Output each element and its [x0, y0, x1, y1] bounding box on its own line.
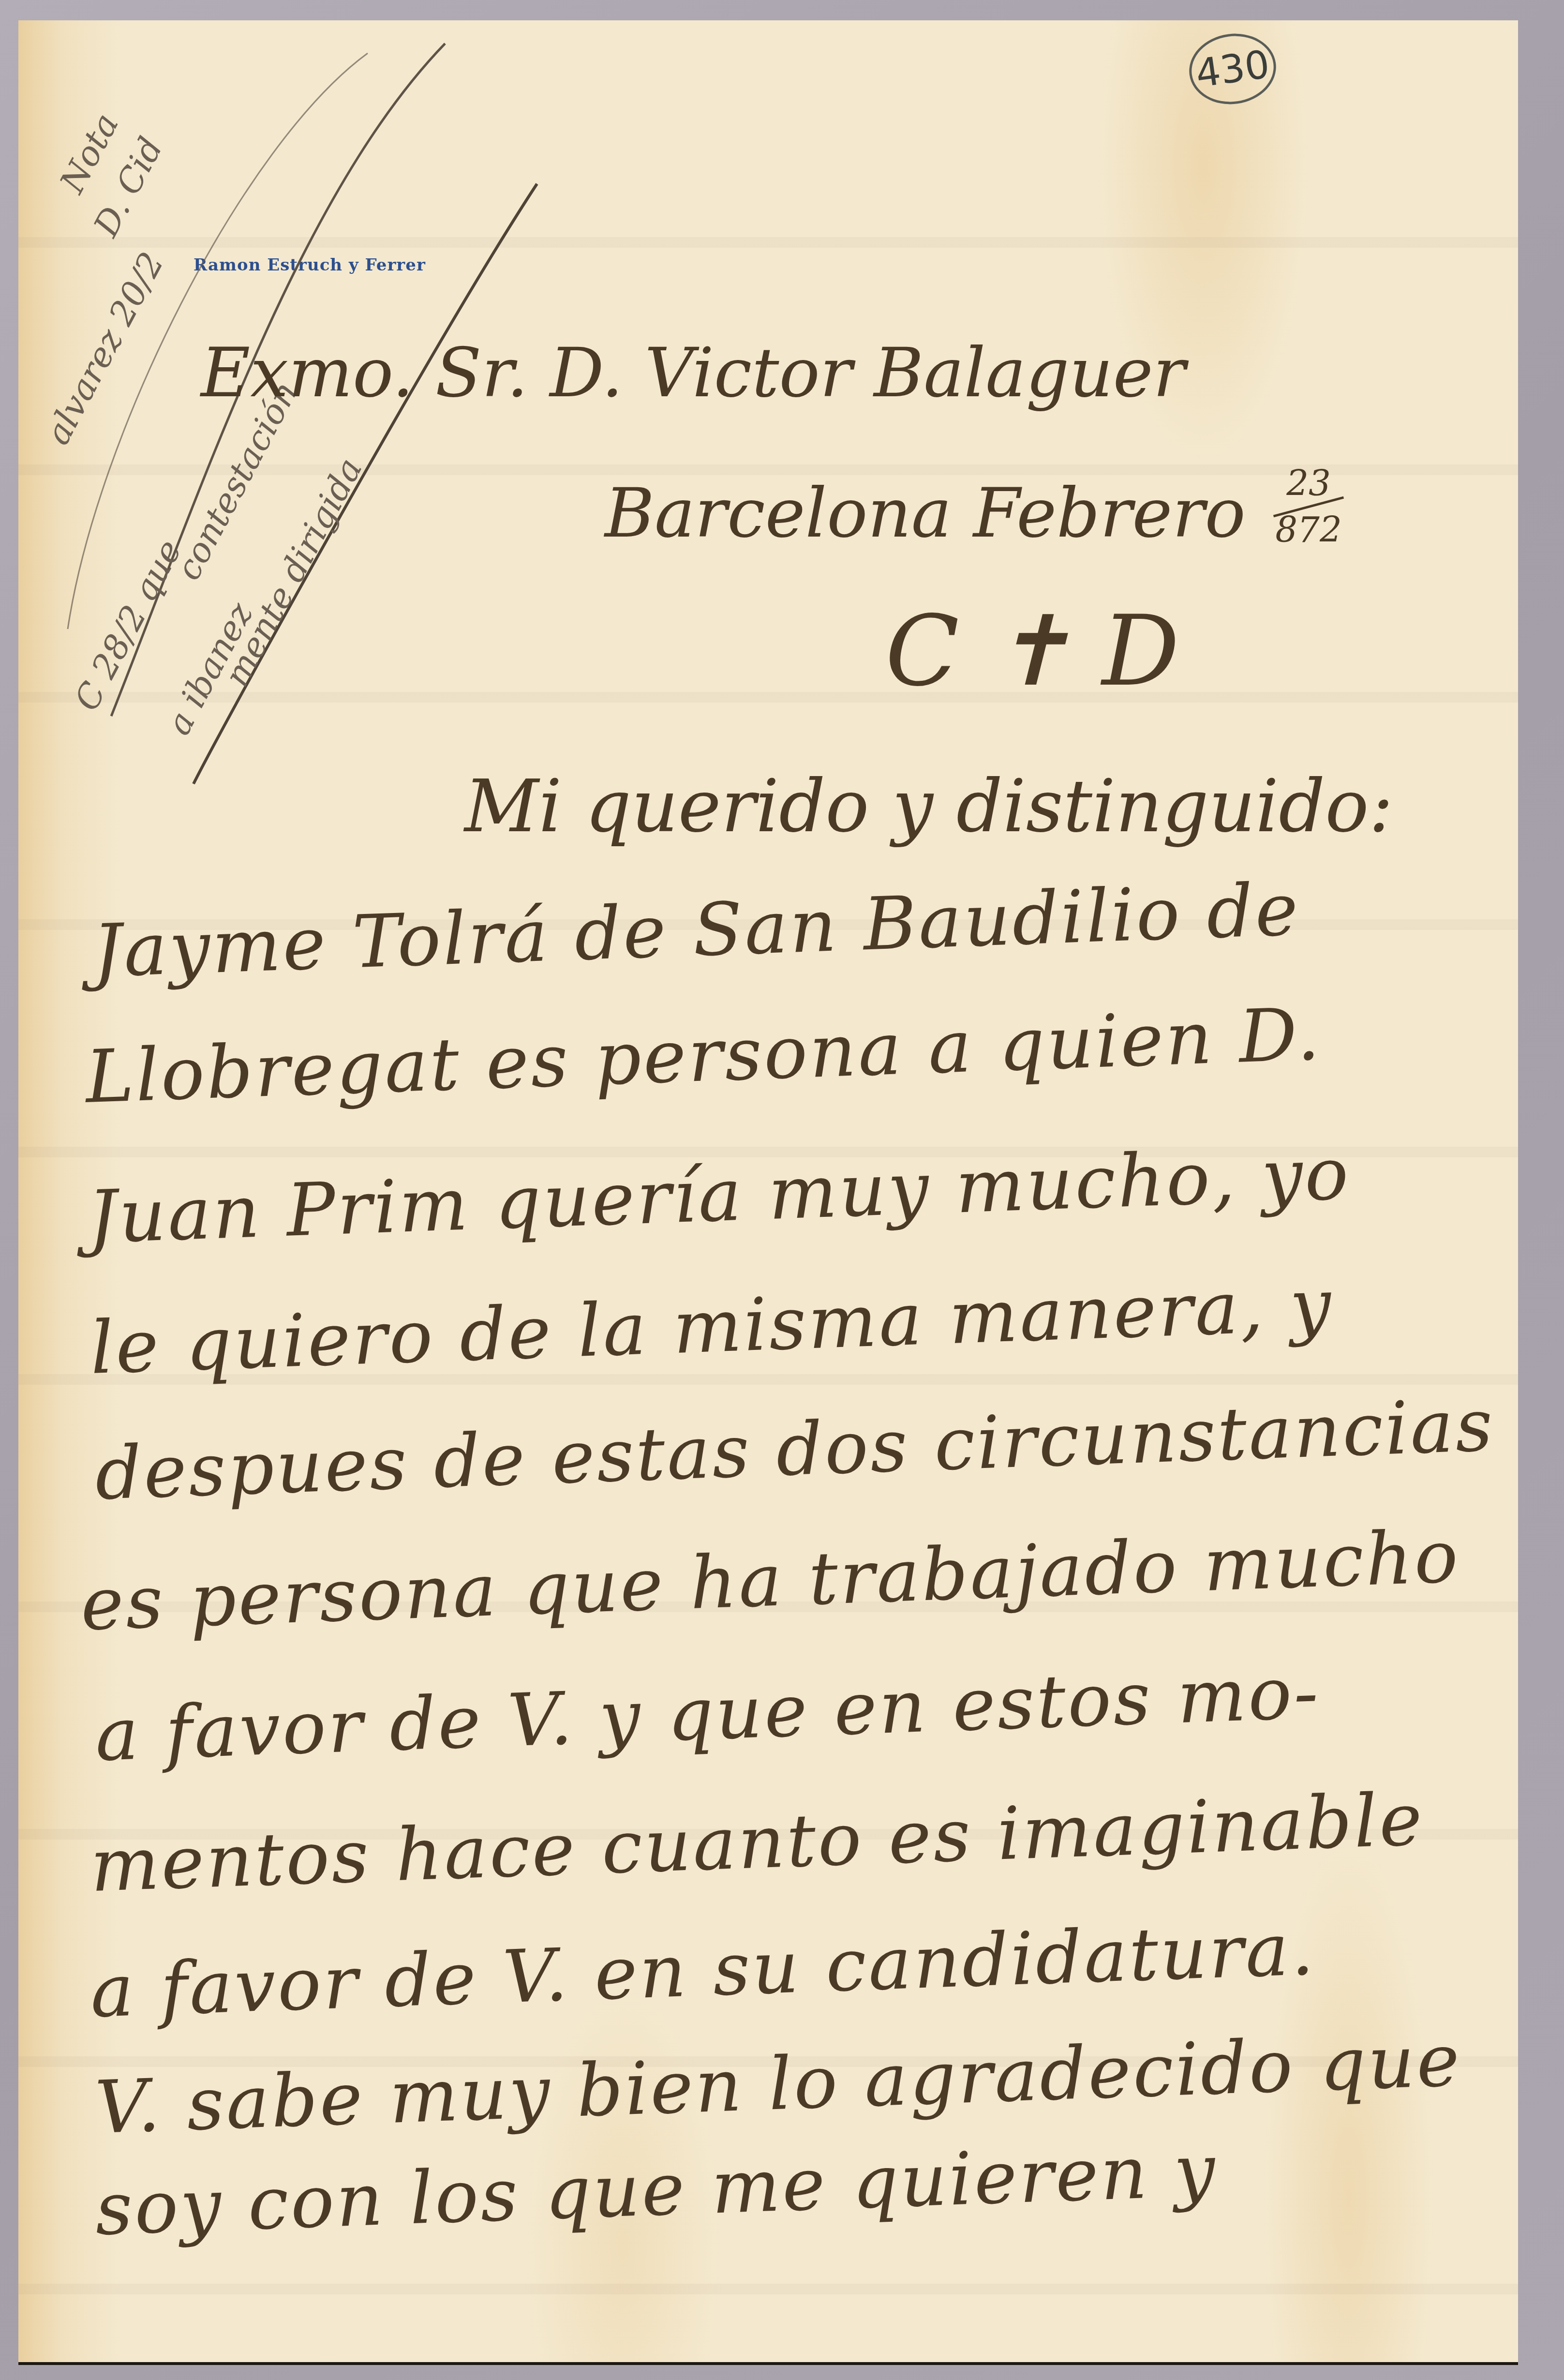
date-year: 872: [1275, 509, 1341, 550]
salutation: Mi querido y distinguido:: [464, 764, 1393, 849]
religious-mark: C ✝ D: [885, 595, 1179, 708]
place-date: Barcelona Febrero: [605, 474, 1246, 553]
date-fraction: 23 872: [1272, 464, 1345, 549]
addressee: Exmo. Sr. D. Victor Balaguer: [201, 334, 1185, 413]
date-day: 23: [1286, 463, 1331, 504]
